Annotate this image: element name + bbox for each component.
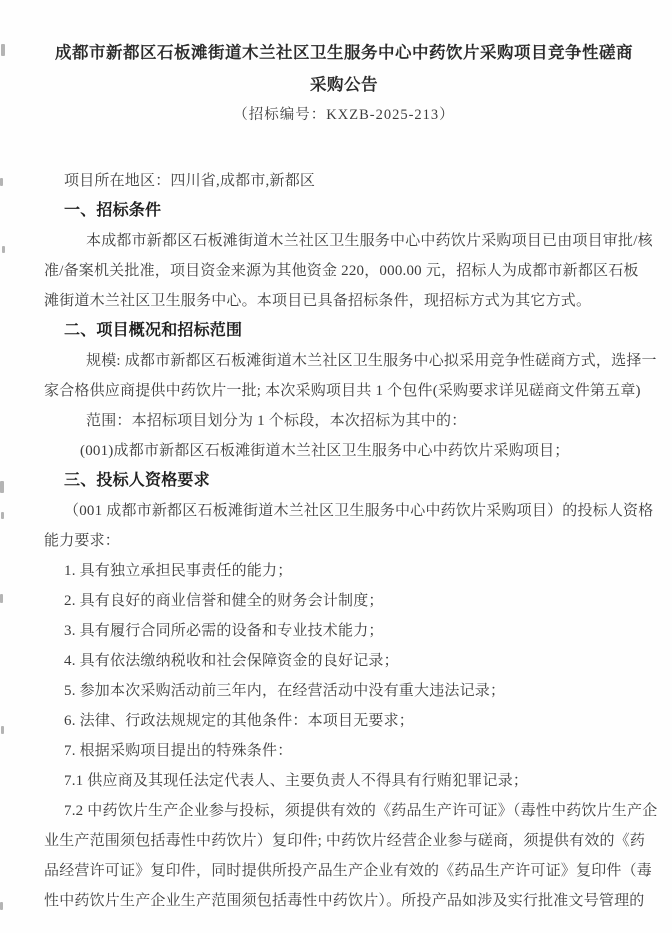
section1-paragraph-line2: 准/备案机关批准，项目资金来源为其他资金 220，000.00 元，招标人为成都… [44, 256, 644, 286]
scan-artifact [1, 44, 5, 56]
qualification-item-7-1: 7.1 供应商及其现任法定代表人、主要负责人不得具有行贿犯罪记录； [44, 766, 644, 796]
qualification-item-6: 6. 法律、行政法规规定的其他条件：本项目无要求； [44, 706, 644, 736]
qualification-item-7-2-line2: 业生产范围须包括毒性中药饮片）复印件; 中药饮片经营企业参与磋商，须提供有效的《… [44, 826, 644, 856]
qualification-item-7-2-line4: 性中药饮片生产企业生产范围须包括毒性中药饮片）。所投产品如涉及实行批准文号管理的 [44, 886, 644, 916]
section2-scale-line2: 家合格供应商提供中药饮片一批; 本次采购项目共 1 个包件(采购要求详见磋商文件… [44, 376, 644, 406]
document-body: 成都市新都区石板滩街道木兰社区卫生服务中心中药饮片采购项目竞争性磋商 采购公告 … [44, 37, 644, 916]
section2-lot-001-line: (001)成都市新都区石板滩街道木兰社区卫生服务中心中药饮片采购项目； [44, 436, 644, 466]
document-title-line1: 成都市新都区石板滩街道木兰社区卫生服务中心中药饮片采购项目竞争性磋商 [44, 37, 644, 69]
section2-heading: 二、项目概况和招标范围 [44, 316, 644, 346]
section1-paragraph-line1: 本成都市新都区石板滩街道木兰社区卫生服务中心中药饮片采购项目已由项目审批/核 [44, 226, 644, 256]
scan-artifact [0, 594, 3, 603]
scan-artifact [1, 512, 4, 519]
section1-heading: 一、招标条件 [44, 196, 644, 226]
qualification-item-2: 2. 具有良好的商业信誉和健全的财务会计制度； [44, 586, 644, 616]
section2-scale-line1: 规模: 成都市新都区石板滩街道木兰社区卫生服务中心拟采用竞争性磋商方式，选择一 [44, 346, 644, 376]
document-title-line2: 采购公告 [44, 69, 644, 101]
qualification-item-3: 3. 具有履行合同所必需的设备和专业技术能力； [44, 616, 644, 646]
section3-intro-line2: 能力要求： [44, 526, 644, 556]
section3-heading: 三、投标人资格要求 [44, 466, 644, 496]
qualification-item-5: 5. 参加本次采购活动前三年内，在经营活动中没有重大违法记录； [44, 676, 644, 706]
scan-artifact [0, 481, 4, 493]
qualification-item-1: 1. 具有独立承担民事责任的能力； [44, 556, 644, 586]
scanned-document-page: 成都市新都区石板滩街道木兰社区卫生服务中心中药饮片采购项目竞争性磋商 采购公告 … [0, 0, 672, 933]
scan-artifact [1, 726, 4, 734]
section1-paragraph-line3: 滩街道木兰社区卫生服务中心。本项目已具备招标条件，现招标方式为其它方式。 [44, 286, 644, 316]
qualification-item-7-2-line1: 7.2 中药饮片生产企业参与投标，须提供有效的《药品生产许可证》（毒性中药饮片生… [44, 796, 644, 826]
project-location-line: 项目所在地区：四川省,成都市,新都区 [44, 166, 644, 196]
scan-artifact [0, 902, 3, 910]
section3-intro-line1: （001 成都市新都区石板滩街道木兰社区卫生服务中心中药饮片采购项目）的投标人资… [44, 496, 644, 526]
tender-number: （招标编号：KXZB-2025-213） [44, 100, 644, 132]
qualification-item-7: 7. 根据采购项目提出的特殊条件： [44, 736, 644, 766]
qualification-item-7-2-line3: 品经营许可证》复印件，同时提供所投产品生产企业有效的《药品生产许可证》复印件（毒 [44, 856, 644, 886]
section2-scope-line: 范围：本招标项目划分为 1 个标段，本次招标为其中的： [44, 406, 644, 436]
title-body-gap [44, 132, 644, 166]
qualification-item-4: 4. 具有依法缴纳税收和社会保障资金的良好记录； [44, 646, 644, 676]
scan-artifact [2, 246, 5, 253]
scan-artifact [0, 178, 3, 186]
